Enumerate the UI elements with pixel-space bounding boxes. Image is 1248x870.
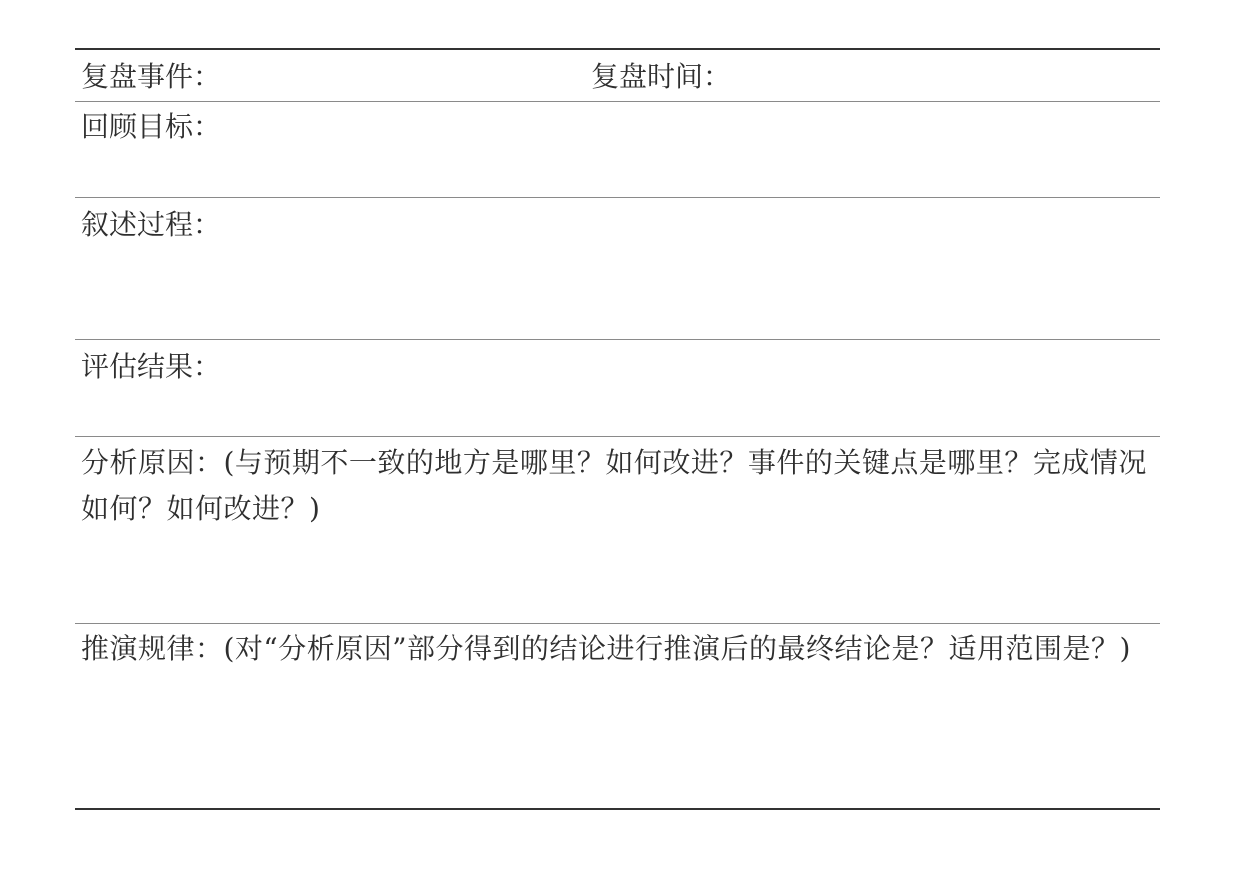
bottom-border [75,808,1160,810]
evaluate-result-field[interactable] [75,390,1160,435]
time-field[interactable] [735,50,1160,100]
divider [75,436,1160,437]
divider [75,623,1160,624]
narrate-process-field[interactable] [75,248,1160,338]
analyze-cause-label: 分析原因：(与预期不一致的地方是哪里？如何改进？事件的关键点是哪里？完成情况如何… [81,440,1161,532]
analyze-cause-field[interactable] [75,535,1160,622]
time-label: 复盘时间： [591,54,731,100]
divider [75,197,1160,198]
evaluate-result-label: 评估结果： [81,344,221,390]
deduce-rule-label: 推演规律：(对“分析原因”部分得到的结论进行推演后的最终结论是？适用范围是？) [81,626,1161,672]
event-field[interactable] [225,50,575,100]
deduce-rule-field[interactable] [75,720,1160,808]
event-label: 复盘事件： [81,54,221,100]
review-goal-label: 回顾目标： [81,104,221,150]
divider [75,101,1160,102]
divider [75,339,1160,340]
review-goal-field[interactable] [75,150,1160,196]
narrate-process-label: 叙述过程： [81,202,221,248]
